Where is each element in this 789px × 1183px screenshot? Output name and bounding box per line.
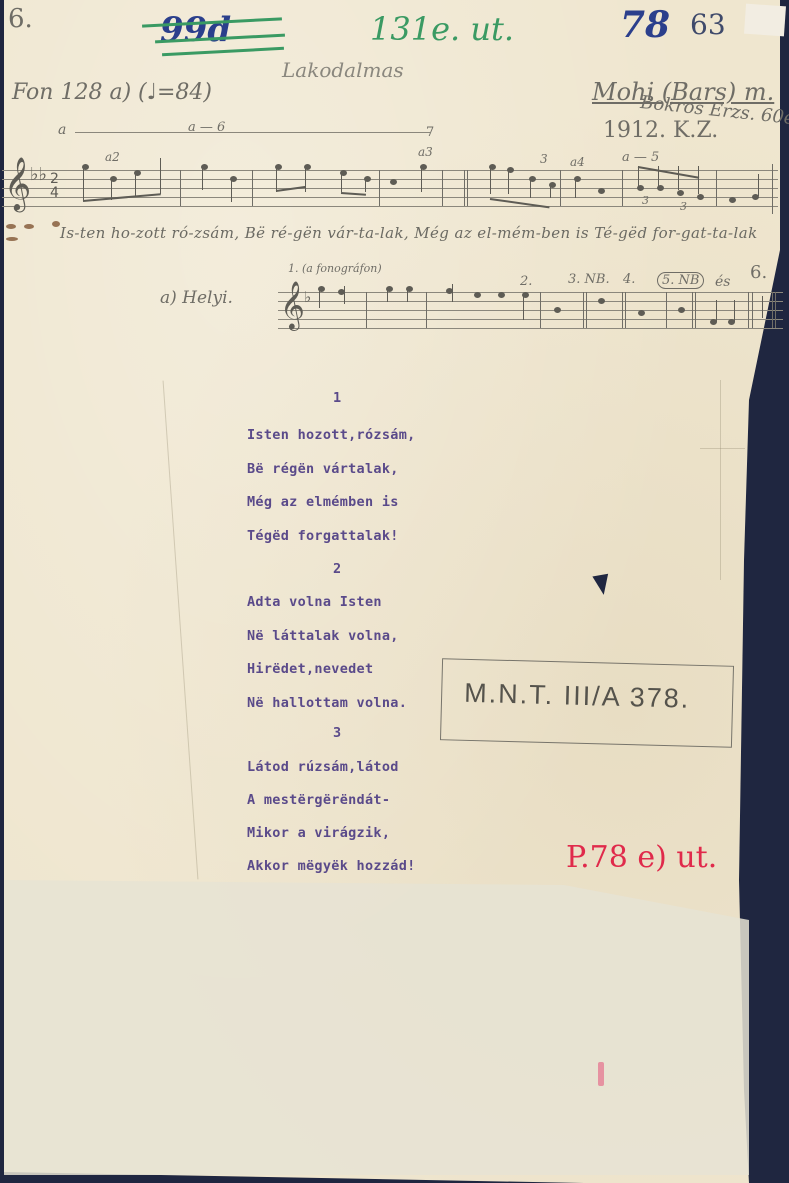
key-signature-flats: ♭ [304, 288, 311, 306]
tempo-marking: (♩=84) [138, 80, 212, 105]
main-music-staff: 𝄞 ♭♭ 24 3 3 3 [2, 170, 778, 210]
variant-and-label: és [715, 274, 730, 290]
treble-clef-icon: 𝄞 [280, 280, 305, 330]
key-signature-flats: ♭♭ [30, 164, 47, 185]
variant-marker-a3: a3 [418, 145, 433, 159]
variant-marker-a2: a2 [105, 150, 120, 164]
struck-top-right-number: 78 [620, 4, 670, 46]
variant-5-label: 5. NB [657, 272, 704, 289]
genre-note: Lakodalmas [282, 58, 404, 82]
red-smudge [598, 1062, 604, 1086]
verse-number: 1 [333, 390, 341, 406]
verse-line: A mestërgërëndát- [247, 792, 390, 808]
triplet-3: 3 [680, 200, 687, 213]
ink-stain [24, 224, 34, 229]
time-signature: 24 [50, 172, 59, 200]
ink-stain [52, 221, 60, 227]
page-number: 6. [8, 4, 33, 34]
verse-line: Në hallottam volna. [247, 695, 407, 711]
variant-marker-a5: a — 5 [622, 150, 659, 165]
red-annotation: P.78 e) ut. [566, 840, 717, 875]
verse-line: Tégëd forgattalak! [247, 528, 399, 544]
verse-number: 3 [333, 725, 341, 741]
catalog-number-green: 131e. ut. [370, 10, 514, 48]
triplet-3: 3 [642, 194, 649, 207]
variant-marker-7: 7 [426, 125, 434, 140]
tempo-reference: Fon 128 a) [12, 80, 131, 105]
verse-line: Akkor mëgyëk hozzád! [247, 858, 416, 874]
verse-line: Bë régën vártalak, [247, 461, 399, 477]
treble-clef-icon: 𝄞 [4, 156, 31, 212]
verse-line: Hirëdet,nevedet [247, 661, 373, 677]
variant-4-label: 4. [623, 272, 635, 287]
verse-line: Isten hozott,rózsám, [247, 427, 416, 443]
tear-hole [592, 574, 611, 596]
verse-line: Látod rúzsám,látod [247, 759, 399, 775]
crease-vertical [720, 380, 721, 580]
archive-reference: M.N.T. III/A 378. [464, 678, 691, 715]
corner-tab [744, 4, 786, 37]
archive-reference-box: M.N.T. III/A 378. [440, 658, 734, 748]
ink-stain [6, 237, 18, 241]
variant-6-label: 6. [750, 262, 767, 283]
variant-marker-a: a [58, 122, 66, 138]
variants-label: a) Helyi. [160, 288, 233, 308]
verse-line: Mikor a virágzik, [247, 825, 390, 841]
triplet-3: 3 [540, 152, 548, 166]
variant-2-label: 2. [520, 274, 532, 289]
variants-music-staff: 𝄞 ♭ [278, 292, 783, 332]
verse-line: Még az elmémben is [247, 494, 399, 510]
variant-3-label: 3. NB. [568, 272, 610, 287]
crease-horizontal [700, 448, 745, 449]
ink-stain [6, 224, 16, 229]
lyrics-underlay: Is-ten ho-zott ró-zsám, Bë ré-gën vár-ta… [60, 224, 758, 242]
variant-1-label: 1. (a fonográfon) [288, 262, 382, 275]
verse-number: 2 [333, 561, 341, 577]
verse-line: Adta volna Isten [247, 594, 382, 610]
top-right-number: 63 [690, 8, 726, 41]
variant-bracket-line [75, 132, 430, 133]
attached-translucent-sheet [4, 880, 749, 1175]
collection-date: 1912. K.Z. [603, 118, 718, 143]
variant-marker-a4: a4 [570, 155, 585, 169]
verse-line: Në láttalak volna, [247, 628, 399, 644]
variant-marker-a6: a — 6 [188, 120, 225, 135]
struck-catalog-number: 99d [160, 10, 231, 50]
